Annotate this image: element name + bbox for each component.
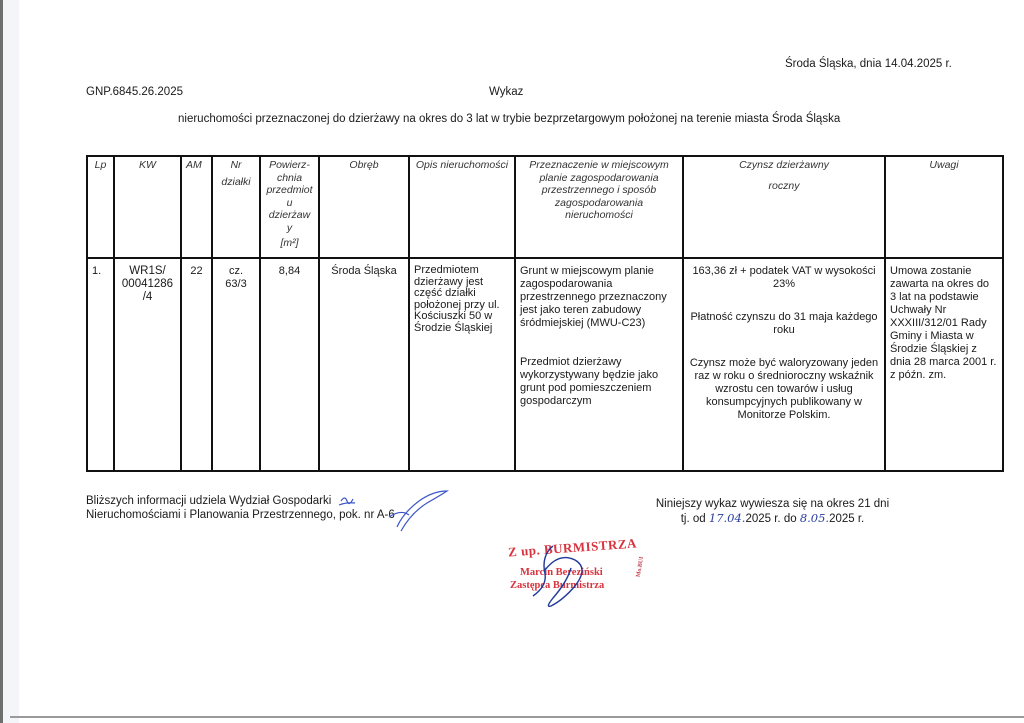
- header-przeznaczenie: Przeznaczenie w miejscowym planie zagosp…: [515, 156, 683, 258]
- cell-czynsz: 163,36 zł + podatek VAT w wysokości 23% …: [683, 258, 885, 471]
- posting-from-date: 17.04.: [709, 511, 746, 525]
- initials-signature-icon: [335, 487, 455, 532]
- document-subtitle: nieruchomości przeznaczonej do dzierżawy…: [178, 113, 840, 125]
- cell-powierzchnia: 8,84: [260, 258, 319, 471]
- cell-lp: 1.: [87, 258, 114, 471]
- document-title: Wykaz: [489, 86, 523, 98]
- header-uwagi: Uwagi: [885, 156, 1003, 258]
- header-kw: KW: [114, 156, 181, 258]
- place-and-date: Środa Śląska, dnia 14.04.2025 r.: [785, 58, 952, 70]
- posting-to-date: 8.05.: [800, 511, 829, 525]
- property-table: Lp KW AM Nr działki Powierz- chnia przed…: [86, 155, 1004, 472]
- table-header-row: Lp KW AM Nr działki Powierz- chnia przed…: [87, 156, 1003, 258]
- header-am: AM: [181, 156, 212, 258]
- header-nr-dzialki: Nr działki: [212, 156, 260, 258]
- table-row: 1. WR1S/ 00041286 /4 22 cz. 63/3 8,84 Śr…: [87, 258, 1003, 471]
- cell-przeznaczenie: Grunt w miejscowym planie zagospodarowan…: [515, 258, 683, 471]
- cell-nr-dzialki: cz. 63/3: [212, 258, 260, 471]
- header-obreb: Obręb: [319, 156, 409, 258]
- header-powierzchnia: Powierz- chnia przedmiot u dzierżaw y [m…: [260, 156, 319, 258]
- reference-number: GNP.6845.26.2025: [86, 86, 183, 98]
- header-opis: Opis nieruchomości: [409, 156, 515, 258]
- scan-bottom-border: [10, 716, 1024, 718]
- header-czynsz: Czynsz dzierżawny roczny: [683, 156, 885, 258]
- cell-obreb: Środa Śląska: [319, 258, 409, 471]
- cell-kw: WR1S/ 00041286 /4: [114, 258, 181, 471]
- cell-am: 22: [181, 258, 212, 471]
- cell-opis: Przedmiotem dzierżawy jest część działki…: [409, 258, 515, 471]
- cell-uwagi: Umowa zostanie zawarta na okres do 3 lat…: [885, 258, 1003, 471]
- posting-period: Niniejszy wykaz wywiesza się na okres 21…: [640, 497, 905, 526]
- handwritten-signature-icon: [525, 540, 595, 615]
- header-lp: Lp: [87, 156, 114, 258]
- scan-left-shade: [3, 0, 19, 723]
